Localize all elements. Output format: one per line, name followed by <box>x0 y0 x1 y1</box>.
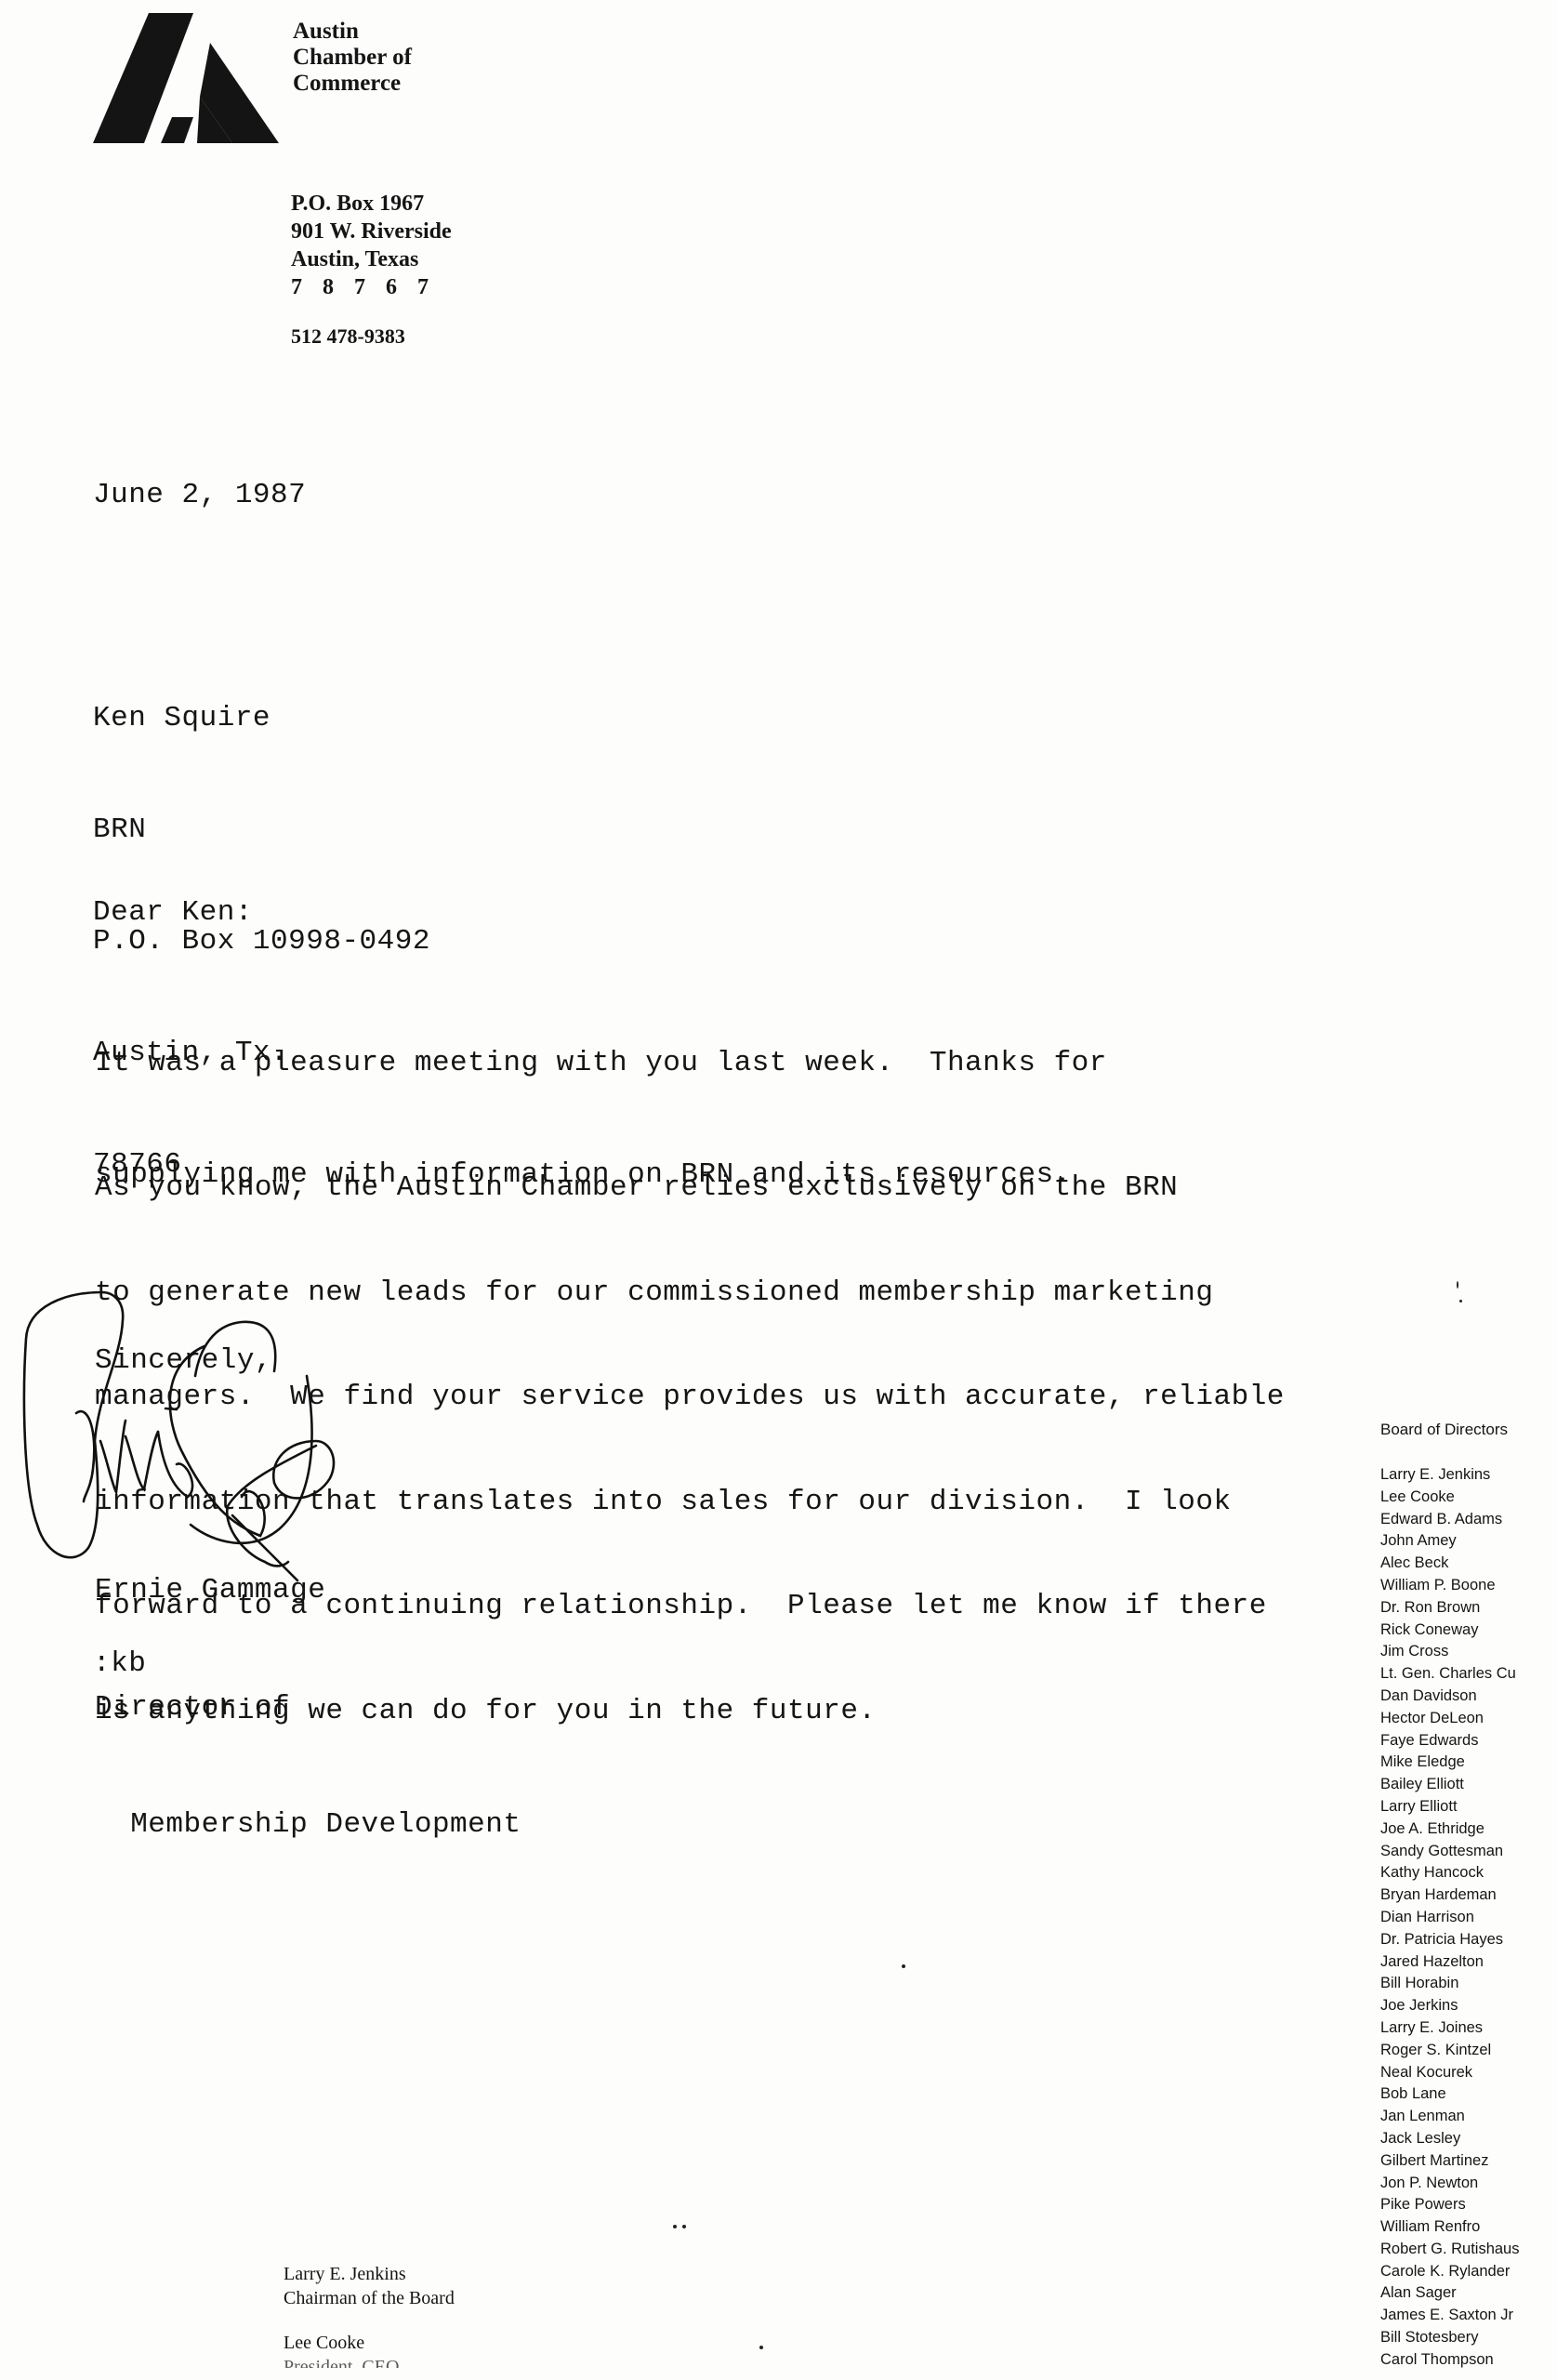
signature-block: Ernie Gammage Director of Membership Dev… <box>95 1493 521 1884</box>
board-member: Dian Harrison <box>1380 1907 1557 1929</box>
board-member: Lt. Gen. Charles Cu <box>1380 1663 1557 1686</box>
scan-speck <box>759 2346 763 2349</box>
board-member: Dan Davidson <box>1380 1686 1557 1708</box>
board-member: William P. Boone <box>1380 1575 1557 1597</box>
officer-title: Chairman of the Board <box>284 2286 455 2310</box>
signer-title: Director of <box>95 1688 521 1727</box>
board-member: Joe A. Ethridge <box>1380 1818 1557 1841</box>
board-member: Kathy Hancock <box>1380 1862 1557 1884</box>
recipient-line: Ken Squire <box>93 700 430 737</box>
org-name-line: Commerce <box>293 71 412 97</box>
scan-speck <box>1459 1300 1462 1302</box>
board-member: Lee Cooke <box>1380 1487 1557 1509</box>
scan-speck <box>1457 1281 1458 1289</box>
board-member: Larry E. Joines <box>1380 2017 1557 2040</box>
board-member: Neal Kocurek <box>1380 2062 1557 2084</box>
officer-title: President, CEO <box>284 2355 455 2368</box>
body-line: managers. We find your service provides … <box>95 1380 1285 1415</box>
org-name-line: Austin <box>293 19 412 45</box>
board-member: Bailey Elliott <box>1380 1774 1557 1796</box>
board-member: William Renfro <box>1380 2216 1557 2239</box>
board-member: Dr. Ron Brown <box>1380 1597 1557 1620</box>
address-line: Austin, Texas <box>291 245 452 273</box>
board-member: Alan Sager <box>1380 2282 1557 2305</box>
board-member: Carole K. Rylander <box>1380 2261 1557 2283</box>
officers-block: Larry E. Jenkins Chairman of the Board L… <box>284 2262 455 2368</box>
officer-name: Larry E. Jenkins <box>284 2262 455 2286</box>
board-member: James E. Saxton Jr <box>1380 2305 1557 2327</box>
board-member: Edward B. Adams <box>1380 1509 1557 1531</box>
board-member: Bob Lane <box>1380 2083 1557 2106</box>
recipient-line: BRN <box>93 812 430 849</box>
board-member-list: Larry E. Jenkins Lee Cooke Edward B. Ada… <box>1380 1464 1557 2372</box>
organization-name: Austin Chamber of Commerce <box>293 19 412 97</box>
signer-title: Membership Development <box>95 1805 521 1844</box>
board-member: John Amey <box>1380 1530 1557 1553</box>
board-member: Roger S. Kintzel <box>1380 2040 1557 2062</box>
organization-address: P.O. Box 1967 901 W. Riverside Austin, T… <box>291 190 452 301</box>
board-member: Gilbert Martinez <box>1380 2150 1557 2173</box>
salutation: Dear Ken: <box>93 894 253 932</box>
board-member: Bryan Hardeman <box>1380 1884 1557 1907</box>
typist-initials: :kb <box>93 1646 146 1683</box>
closing: Sincerely, <box>95 1342 272 1380</box>
scan-speck <box>682 2225 686 2228</box>
board-member: Bill Horabin <box>1380 1973 1557 1995</box>
board-member: Jan Lenman <box>1380 2106 1557 2128</box>
body-line: It was a pleasure meeting with you last … <box>95 1045 1107 1082</box>
board-member: Faye Edwards <box>1380 1730 1557 1752</box>
board-member: Jon P. Newton <box>1380 2173 1557 2195</box>
board-member: Alec Beck <box>1380 1553 1557 1575</box>
address-line: P.O. Box 1967 <box>291 190 452 218</box>
organization-phone: 512 478-9383 <box>291 324 405 349</box>
board-member: Larry Elliott <box>1380 1796 1557 1818</box>
board-member: Rick Coneway <box>1380 1620 1557 1642</box>
board-member: Larry E. Jenkins <box>1380 1464 1557 1487</box>
austin-chamber-logo-icon <box>93 13 279 149</box>
board-member: Mike Eledge <box>1380 1752 1557 1774</box>
board-member: Hector DeLeon <box>1380 1708 1557 1730</box>
board-member: Bill Stotesbery <box>1380 2327 1557 2349</box>
body-line: As you know, the Austin Chamber relies e… <box>95 1170 1285 1206</box>
board-member: Jared Hazelton <box>1380 1951 1557 1974</box>
board-member: Dr. Patricia Hayes <box>1380 1929 1557 1951</box>
board-member: Joe Jerkins <box>1380 1995 1557 2017</box>
body-line: to generate new leads for our commission… <box>95 1276 1285 1311</box>
board-member: Jack Lesley <box>1380 2128 1557 2150</box>
address-line: 901 W. Riverside <box>291 218 452 245</box>
scan-speck <box>673 2225 677 2228</box>
letter-date: June 2, 1987 <box>93 477 306 514</box>
board-member: Sandy Gottesman <box>1380 1841 1557 1863</box>
board-member: Robert G. Rutishaus <box>1380 2239 1557 2261</box>
signer-name: Ernie Gammage <box>95 1571 521 1610</box>
board-heading: Board of Directors <box>1380 1421 1508 1439</box>
scan-speck <box>902 1964 905 1968</box>
spacer <box>284 2310 455 2331</box>
board-member: Carol Thompson <box>1380 2349 1557 2372</box>
board-member: Pike Powers <box>1380 2194 1557 2216</box>
board-member: Jim Cross <box>1380 1641 1557 1663</box>
org-name-line: Chamber of <box>293 45 412 71</box>
address-zip: 7 8 7 6 7 <box>291 273 452 301</box>
officer-name: Lee Cooke <box>284 2331 455 2355</box>
